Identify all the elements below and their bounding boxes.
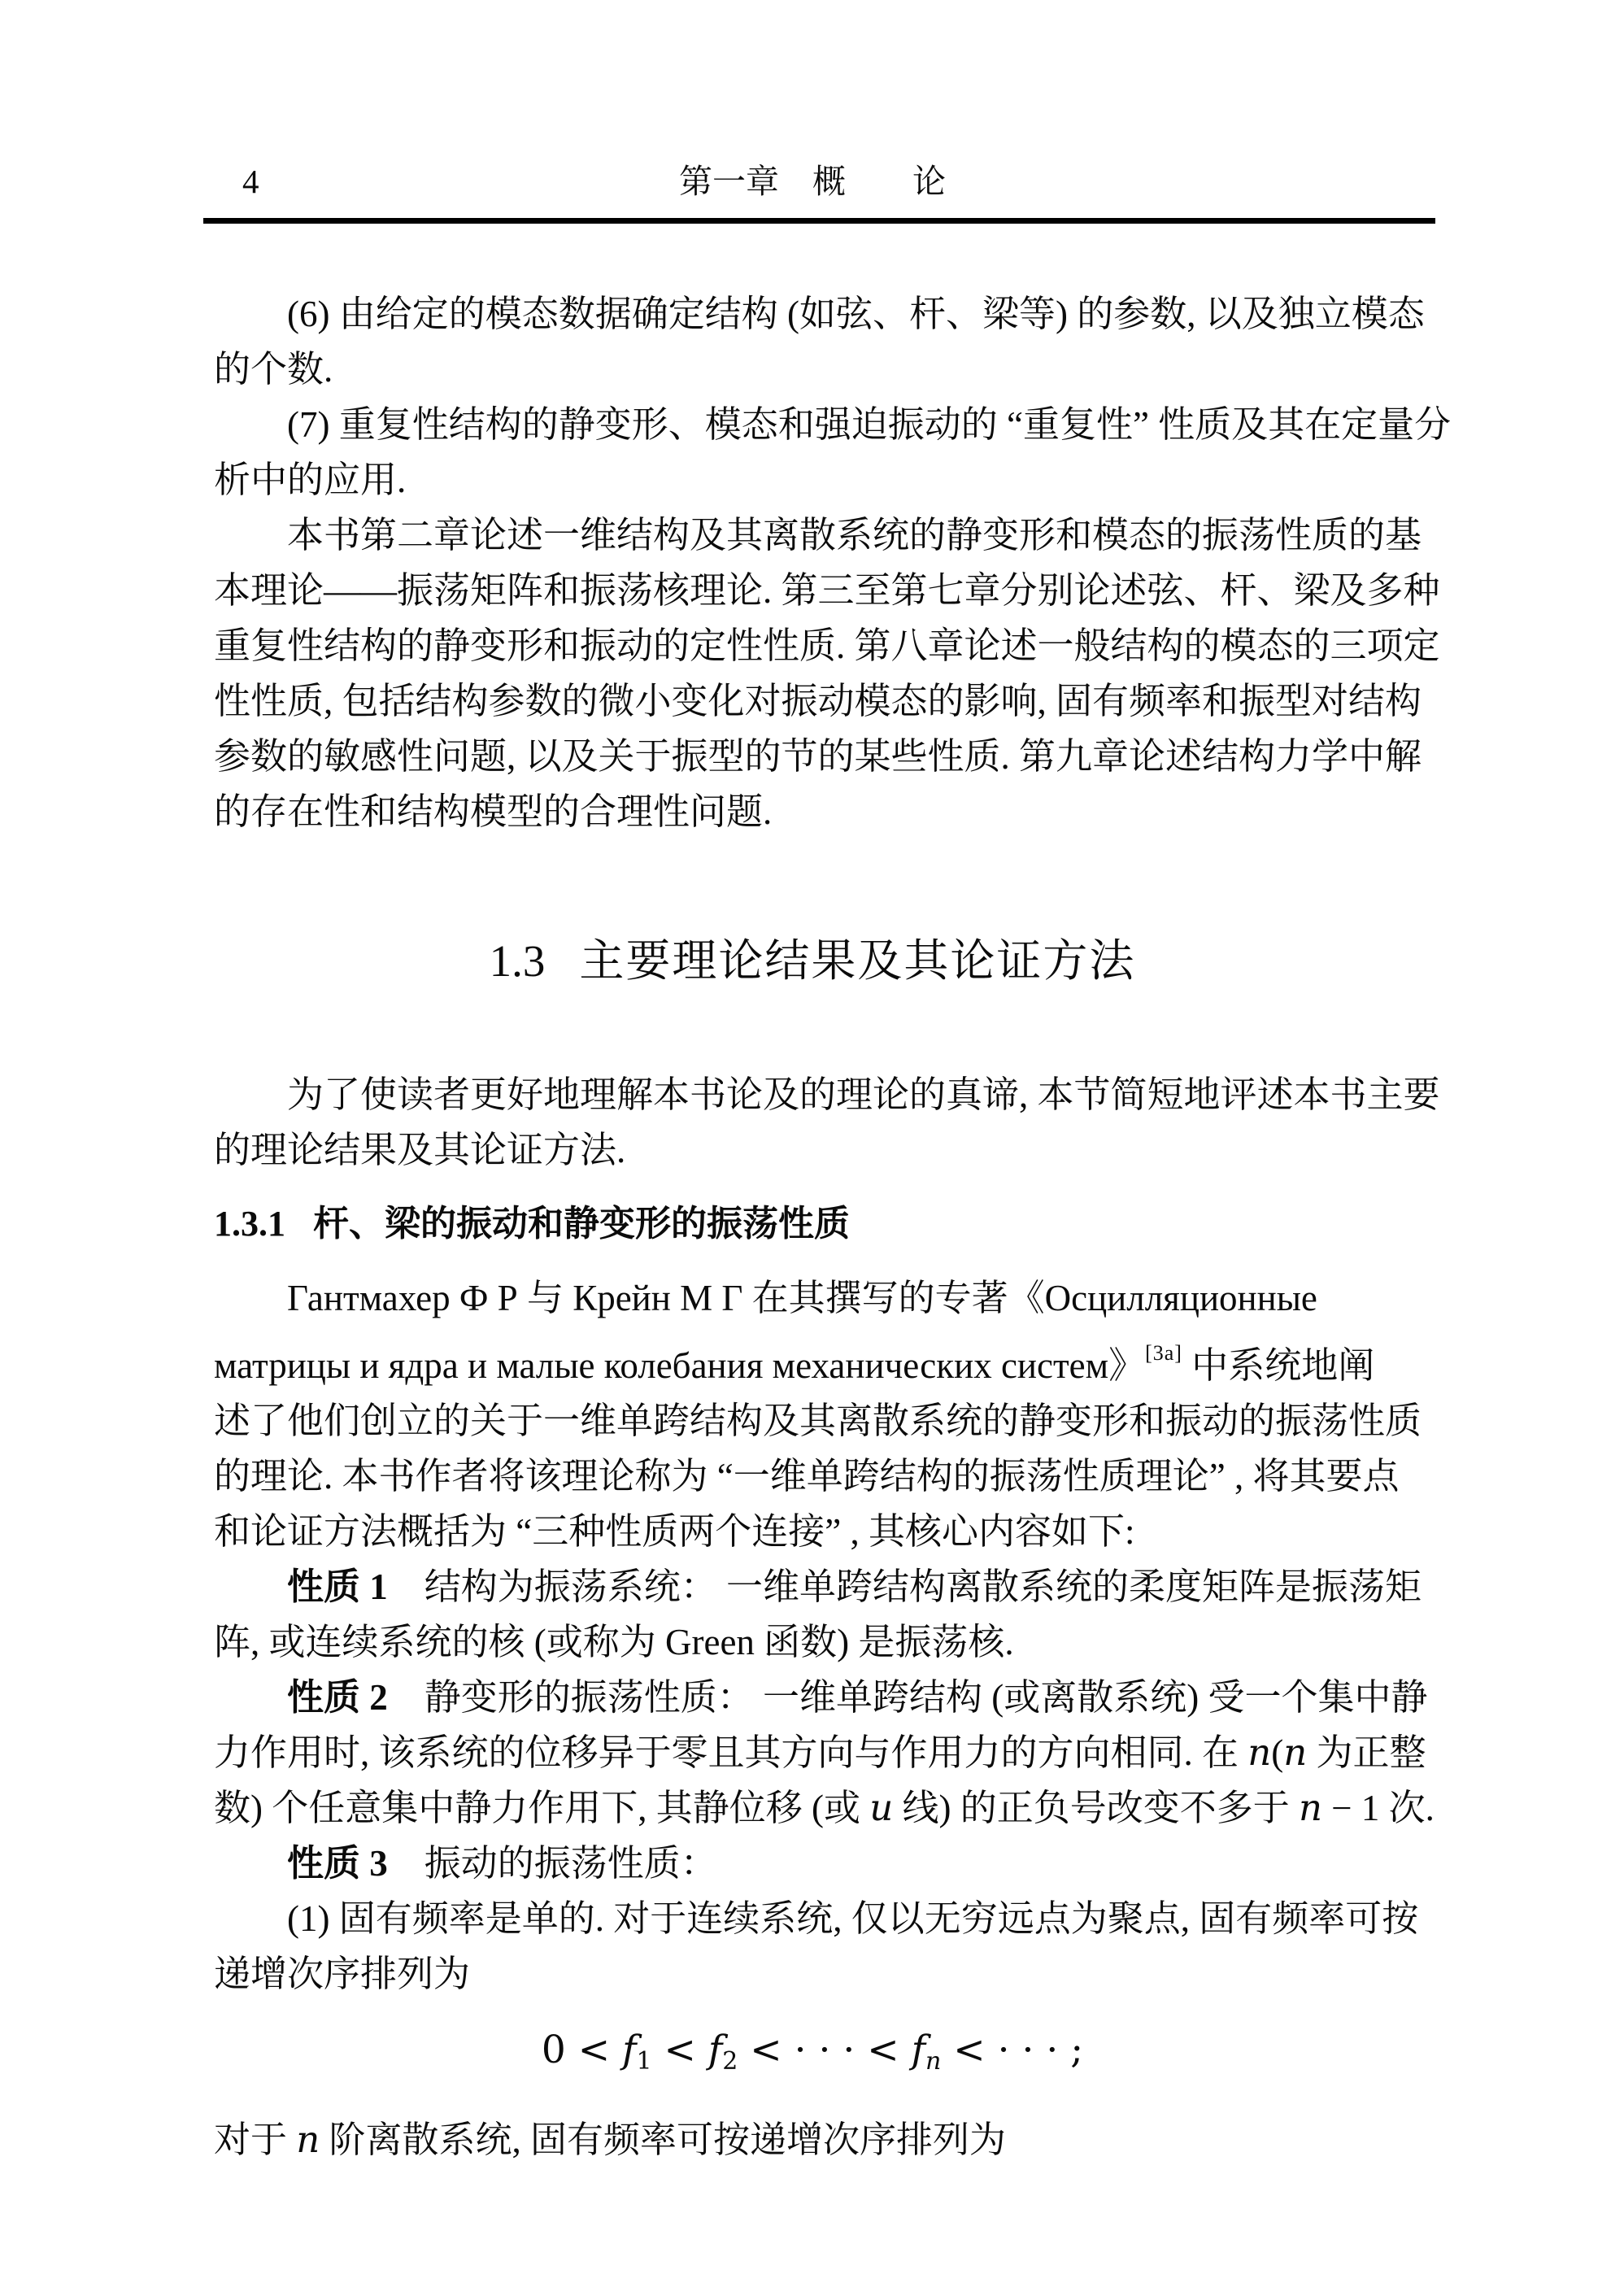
text-run: 递增次序排列为: [214, 1954, 470, 1994]
math-subscript: n: [925, 2047, 941, 2076]
bold-label-run: 性质 2: [287, 1677, 388, 1718]
subsection-heading: 1.3.1杆、梁的振动和静变形的振荡性质: [214, 1202, 1411, 1246]
text-line: 参数的敏感性问题, 以及关于振型的节的某些性质. 第九章论述结构力学中解: [214, 729, 1411, 784]
paragraph: 性质 2 静变形的振荡性质： 一维单跨结构 (或离散系统) 受一个集中静力作用时…: [214, 1670, 1411, 1836]
math-subscript: 1: [637, 2047, 652, 2076]
text-line: 阵, 或连续系统的核 (或称为 Green 函数) 是振荡核.: [214, 1614, 1411, 1670]
paragraph: 对于 n 阶离散系统, 固有频率可按递增次序排列为: [214, 2112, 1411, 2167]
text-run: 中系统地阐: [1182, 1345, 1374, 1386]
text-run: 振动的振荡性质：: [388, 1843, 717, 1884]
text-line: 性质 2 静变形的振荡性质： 一维单跨结构 (或离散系统) 受一个集中静: [214, 1670, 1411, 1725]
section-heading: 1.3主要理论结果及其论证方法: [214, 935, 1411, 987]
text-line: 性性质, 包括结构参数的微小变化对振动模态的影响, 固有频率和振型对结构: [214, 673, 1411, 729]
text-run: 为正整: [1307, 1732, 1426, 1773]
citation-superscript: [3a]: [1145, 1341, 1182, 1365]
text-line: 递增次序排列为: [214, 1946, 1411, 2002]
text-line: 和论证方法概括为 “三种性质两个连接” , 其核心内容如下:: [214, 1504, 1411, 1559]
text-line: 对于 n 阶离散系统, 固有频率可按递增次序排列为: [214, 2112, 1411, 2167]
text-run: (1) 固有频率是单的. 对于连续系统, 仅以无穷远点为聚点, 固有频率可按: [287, 1898, 1418, 1939]
text-run: 为了使读者更好地理解本书论及的理论的真谛, 本节简短地评述本书主要: [287, 1074, 1440, 1115]
text-run: 静变形的振荡性质： 一维单跨结构 (或离散系统) 受一个集中静: [388, 1677, 1428, 1718]
paragraph: (6) 由给定的模态数据确定结构 (如弦、杆、梁等) 的参数, 以及独立模态的个…: [214, 286, 1411, 397]
text-line: 的理论. 本书作者将该理论称为 “一维单跨结构的振荡性质理论” , 将其要点: [214, 1449, 1411, 1504]
text-line: 为了使读者更好地理解本书论及的理论的真谛, 本节简短地评述本书主要: [214, 1067, 1411, 1122]
math-run: f: [622, 2028, 636, 2072]
text-run: (: [1271, 1732, 1283, 1773]
text-line: матрицы и ядра и малые колебания механич…: [214, 1326, 1411, 1393]
text-run: (6) 由给定的模态数据确定结构 (如弦、杆、梁等) 的参数, 以及独立模态: [287, 294, 1425, 334]
heading-number: 1.3: [490, 936, 546, 986]
text-run: 阶离散系统, 固有频率可按递增次序排列为: [320, 2120, 1006, 2160]
text-line: 本书第二章论述一维结构及其离散系统的静变形和模态的振荡性质的基: [214, 508, 1411, 563]
text-run: 述了他们创立的关于一维单跨结构及其离散系统的静变形和振动的振荡性质: [214, 1401, 1422, 1441]
text-run: 对于: [214, 2120, 296, 2160]
paragraph: 性质 3 振动的振荡性质：: [214, 1836, 1411, 1891]
math-run: n: [296, 2118, 320, 2161]
heading-number: 1.3.1: [214, 1204, 285, 1244]
header-rule: [203, 218, 1435, 224]
paragraph: 性质 1 结构为振荡系统： 一维单跨结构离散系统的柔度矩阵是振荡矩阵, 或连续系…: [214, 1559, 1411, 1670]
text-line: 析中的应用.: [214, 452, 1411, 508]
math-run: u: [869, 1786, 893, 1829]
math-subscript: 2: [722, 2047, 738, 2076]
text-run: 和论证方法概括为 “三种性质两个连接” , 其核心内容如下:: [214, 1511, 1134, 1552]
page-body: (6) 由给定的模态数据确定结构 (如弦、杆、梁等) 的参数, 以及独立模态的个…: [214, 286, 1411, 2167]
text-run: 线) 的正负号改变不多于: [893, 1788, 1299, 1828]
text-run: 析中的应用.: [214, 460, 406, 500]
text-run: < · · · <: [738, 2028, 911, 2072]
paragraph: (1) 固有频率是单的. 对于连续系统, 仅以无穷远点为聚点, 固有频率可按递增…: [214, 1891, 1411, 2002]
text-run: 阵, 或连续系统的核 (或称为 Green 函数) 是振荡核.: [214, 1622, 1014, 1662]
text-line: 本理论——振荡矩阵和振荡核理论. 第三至第七章分别论述弦、杆、梁及多种: [214, 563, 1411, 618]
text-line: 重复性结构的静变形和振动的定性性质. 第八章论述一般结构的模态的三项定: [214, 618, 1411, 673]
paragraph: 本书第二章论述一维结构及其离散系统的静变形和模态的振荡性质的基本理论——振荡矩阵…: [214, 508, 1411, 839]
math-run: f: [708, 2028, 722, 2072]
text-line: 述了他们创立的关于一维单跨结构及其离散系统的静变形和振动的振荡性质: [214, 1393, 1411, 1449]
math-run: n: [1299, 1786, 1322, 1829]
text-run: 的存在性和结构模型的合理性问题.: [214, 791, 772, 832]
bold-label-run: 性质 1: [287, 1566, 388, 1607]
text-run: <: [652, 2028, 708, 2072]
text-run: 力作用时, 该系统的位移异于零且其方向与作用力的方向相同. 在: [214, 1732, 1247, 1773]
text-line: (7) 重复性结构的静变形、模态和强迫振动的 “重复性” 性质及其在定量分: [214, 397, 1411, 452]
text-line: (6) 由给定的模态数据确定结构 (如弦、杆、梁等) 的参数, 以及独立模态: [214, 286, 1411, 342]
text-run: 性性质, 包括结构参数的微小变化对振动模态的影响, 固有频率和振型对结构: [214, 681, 1422, 721]
text-line: 的个数.: [214, 342, 1411, 397]
text-line: 的存在性和结构模型的合理性问题.: [214, 784, 1411, 839]
paragraph: Гантмахер Ф Р 与 Крейн М Г 在其撰写的专著《Осцилл…: [214, 1270, 1411, 1559]
text-run: 的理论. 本书作者将该理论称为 “一维单跨结构的振荡性质理论” , 将其要点: [214, 1456, 1399, 1497]
book-page: 4 第一章 概 论 (6) 由给定的模态数据确定结构 (如弦、杆、梁等) 的参数…: [0, 0, 1624, 2296]
text-run: 数) 个任意集中静力作用下, 其静位移 (或: [214, 1788, 869, 1828]
math-formula: 0 < f1 < f2 < · · · < fn < · · · ;: [214, 2023, 1411, 2089]
heading-title: 杆、梁的振动和静变形的振荡性质: [313, 1204, 850, 1244]
text-line: (1) 固有频率是单的. 对于连续系统, 仅以无穷远点为聚点, 固有频率可按: [214, 1891, 1411, 1946]
text-run: 本理论——振荡矩阵和振荡核理论. 第三至第七章分别论述弦、杆、梁及多种: [214, 570, 1440, 611]
bold-label-run: 性质 3: [287, 1843, 388, 1884]
text-run: Гантмахер Ф Р 与 Крейн М Г 在其撰写的专著《Осцилл…: [287, 1278, 1317, 1318]
text-line: Гантмахер Ф Р 与 Крейн М Г 在其撰写的专著《Осцилл…: [214, 1270, 1411, 1326]
text-run: матрицы и ядра и малые колебания механич…: [214, 1345, 1145, 1386]
text-line: 0 < f1 < f2 < · · · < fn < · · · ;: [214, 2023, 1411, 2089]
text-run: 的理论结果及其论证方法.: [214, 1130, 625, 1170]
text-run: 参数的敏感性问题, 以及关于振型的节的某些性质. 第九章论述结构力学中解: [214, 736, 1422, 777]
text-line: 性质 1 结构为振荡系统： 一维单跨结构离散系统的柔度矩阵是振荡矩: [214, 1559, 1411, 1614]
text-line: 力作用时, 该系统的位移异于零且其方向与作用力的方向相同. 在 n(n 为正整: [214, 1725, 1411, 1780]
text-run: 的个数.: [214, 349, 333, 390]
text-run: 结构为振荡系统： 一维单跨结构离散系统的柔度矩阵是振荡矩: [388, 1566, 1422, 1607]
paragraph: 为了使读者更好地理解本书论及的理论的真谛, 本节简短地评述本书主要的理论结果及其…: [214, 1067, 1411, 1178]
math-run: f: [912, 2028, 925, 2072]
text-run: − 1 次.: [1322, 1788, 1435, 1828]
text-line: 数) 个任意集中静力作用下, 其静位移 (或 u 线) 的正负号改变不多于 n …: [214, 1780, 1411, 1836]
math-run: n: [1283, 1731, 1307, 1774]
text-run: < · · · ;: [941, 2028, 1083, 2072]
text-line: 的理论结果及其论证方法.: [214, 1122, 1411, 1178]
text-line: 性质 3 振动的振荡性质：: [214, 1836, 1411, 1891]
paragraph: (7) 重复性结构的静变形、模态和强迫振动的 “重复性” 性质及其在定量分析中的…: [214, 397, 1411, 508]
text-run: (7) 重复性结构的静变形、模态和强迫振动的 “重复性” 性质及其在定量分: [287, 404, 1451, 445]
text-run: 本书第二章论述一维结构及其离散系统的静变形和模态的振荡性质的基: [287, 515, 1422, 555]
text-run: 0 <: [542, 2028, 622, 2072]
heading-title: 主要理论结果及其论证方法: [579, 936, 1135, 986]
running-chapter-header: 第一章 概 论: [214, 161, 1411, 202]
math-run: n: [1247, 1731, 1271, 1774]
text-run: 重复性结构的静变形和振动的定性性质. 第八章论述一般结构的模态的三项定: [214, 625, 1440, 666]
